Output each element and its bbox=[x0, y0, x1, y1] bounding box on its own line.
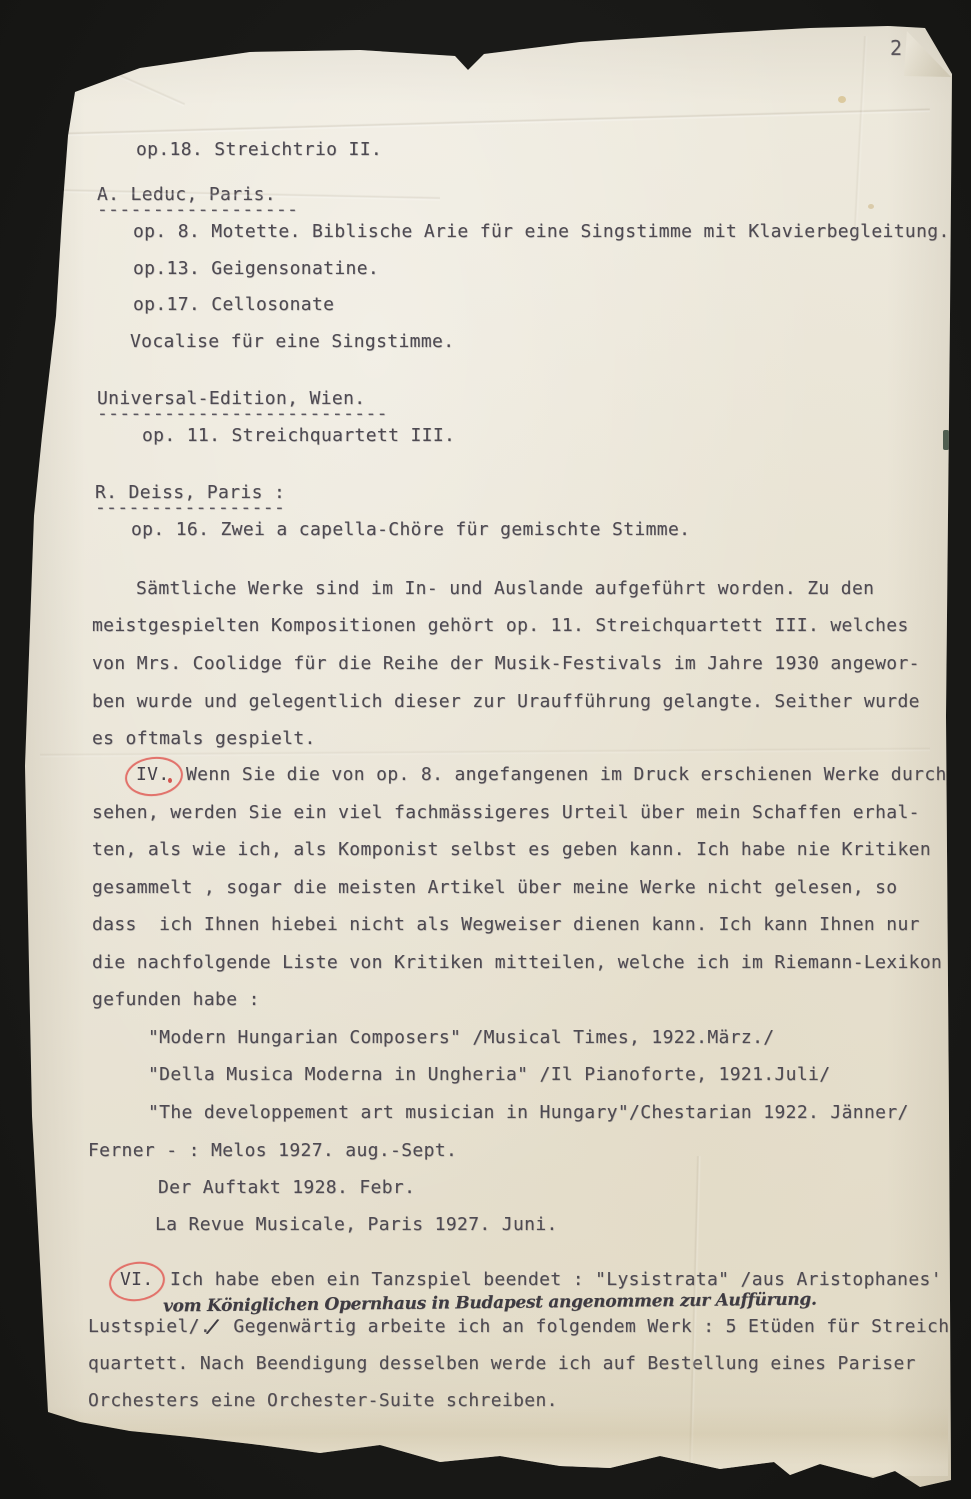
paragraph-line: Wenn Sie die von op. 8. angefangenen im … bbox=[186, 763, 958, 787]
typed-line-op8: op. 8. Motette. Biblische Arie für eine … bbox=[133, 220, 950, 244]
paper-crease bbox=[65, 50, 186, 107]
paragraph-line: Orchesters eine Orchester-Suite schreibe… bbox=[88, 1389, 558, 1413]
critique-entry: La Revue Musicale, Paris 1927. Juni. bbox=[155, 1213, 558, 1237]
dashed-underline: ------------------ bbox=[97, 198, 298, 222]
paragraph-line: ten, als wie ich, als Komponist selbst e… bbox=[92, 838, 931, 862]
red-pencil-circle-iv bbox=[123, 754, 185, 799]
red-pencil-dot bbox=[168, 778, 172, 783]
green-edge-mark bbox=[943, 430, 949, 450]
dashed-underline: ----------------- bbox=[95, 496, 285, 520]
paragraph-line: gefunden habe : bbox=[92, 988, 260, 1012]
paragraph-line: sehen, werden Sie ein viel fachmässigere… bbox=[92, 801, 920, 825]
folded-corner bbox=[904, 29, 952, 79]
paragraph-line: Ich habe eben ein Tanzspiel beendet : "L… bbox=[170, 1268, 942, 1292]
paragraph-line: dass ich Ihnen hiebei nicht als Wegweise… bbox=[92, 913, 920, 937]
paper-stain bbox=[954, 1312, 961, 1318]
typed-line-op17: op.17. Cellosonate bbox=[133, 293, 334, 317]
critique-entry: Der Auftakt 1928. Febr. bbox=[158, 1176, 415, 1200]
page-number: 2 bbox=[890, 36, 902, 60]
paragraph-line: die nachfolgende Liste von Kritiken mitt… bbox=[92, 951, 942, 975]
paper-crease bbox=[853, 36, 868, 236]
paper-stain bbox=[868, 204, 874, 209]
paragraph-line: ben wurde und gelegentlich dieser zur Ur… bbox=[92, 690, 920, 714]
paragraph-line: von Mrs. Coolidge für die Reihe der Musi… bbox=[92, 652, 920, 676]
photographed-document-page: { "meta": { "page_number": "2", "languag… bbox=[0, 0, 971, 1499]
critique-entry: "The developpement art musician in Hunga… bbox=[148, 1101, 909, 1125]
paragraph-line: quartett. Nach Beendigung desselben werd… bbox=[88, 1352, 916, 1376]
letter-paper-sheet: 2 op.18. Streichtrio II. A. Leduc, Paris… bbox=[20, 16, 952, 1496]
paragraph-line: Lustspiel/. Gegenwärtig arbeite ich an f… bbox=[88, 1315, 961, 1339]
handwritten-insertion: vom Königlichen Opernhaus in Budapest an… bbox=[163, 1290, 817, 1317]
paragraph-line: gesammelt , sogar die meisten Artikel üb… bbox=[92, 876, 897, 900]
red-pencil-circle-vi bbox=[107, 1258, 168, 1304]
typed-line-op11: op. 11. Streichquartett III. bbox=[142, 424, 455, 448]
paragraph-line: es oftmals gespielt. bbox=[92, 727, 316, 751]
torn-bottom-edge bbox=[28, 1406, 948, 1476]
typed-line-op18: op.18. Streichtrio II. bbox=[136, 138, 382, 162]
critique-entry: "Della Musica Moderna in Ungheria" /Il P… bbox=[148, 1063, 830, 1087]
paragraph-line: Sämtliche Werke sind im In- und Auslande… bbox=[136, 577, 874, 601]
dashed-underline: -------------------------- bbox=[97, 402, 388, 426]
paper-stain bbox=[838, 96, 846, 103]
typed-line-vocalise: Vocalise für eine Singstimme. bbox=[130, 330, 454, 354]
paragraph-line: meistgespielten Kompositionen gehört op.… bbox=[92, 614, 909, 638]
critique-entry: "Modern Hungarian Composers" /Musical Ti… bbox=[148, 1026, 774, 1050]
paper-crease bbox=[50, 108, 930, 138]
typed-line-op13: op.13. Geigensonatine. bbox=[133, 257, 379, 281]
typed-line-op16: op. 16. Zwei a capella-Chöre für gemisch… bbox=[131, 518, 690, 542]
critique-entry: Ferner - : Melos 1927. aug.-Sept. bbox=[88, 1139, 457, 1163]
